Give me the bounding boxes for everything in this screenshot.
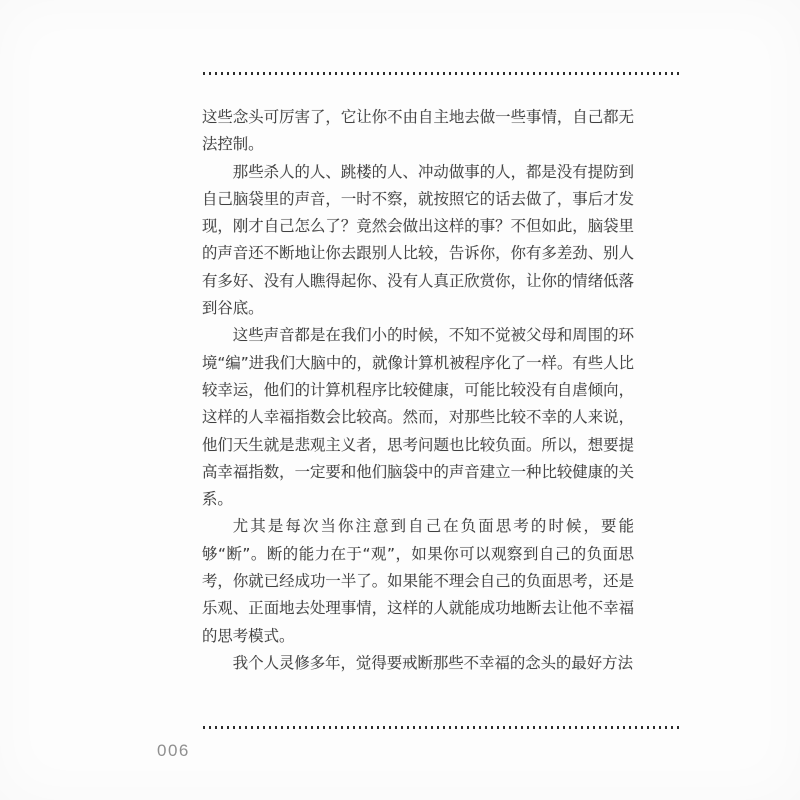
paragraph-3: 这些声音都是在我们小的时候，不知不觉被父母和周围的环境“编”进我们大脑中的，就像… [202,322,634,513]
bottom-dotted-divider [203,726,683,729]
paragraph-5: 我个人灵修多年，觉得要戒断那些不幸福的念头的最好方法 [202,650,634,677]
book-page: 这些念头可厉害了，它让你不由自主地去做一些事情，自己都无法控制。 那些杀人的人、… [0,0,800,800]
paragraph-1: 这些念头可厉害了，它让你不由自主地去做一些事情，自己都无法控制。 [202,104,634,159]
body-text: 这些念头可厉害了，它让你不由自主地去做一些事情，自己都无法控制。 那些杀人的人、… [202,104,634,677]
page-number: 006 [157,741,190,761]
paragraph-4: 尤其是每次当你注意到自己在负面思考的时候，要能够“断”。断的能力在于“观”，如果… [202,513,634,649]
paragraph-2: 那些杀人的人、跳楼的人、冲动做事的人，都是没有提防到自己脑袋里的声音，一时不察，… [202,159,634,323]
top-dotted-divider [203,72,683,75]
